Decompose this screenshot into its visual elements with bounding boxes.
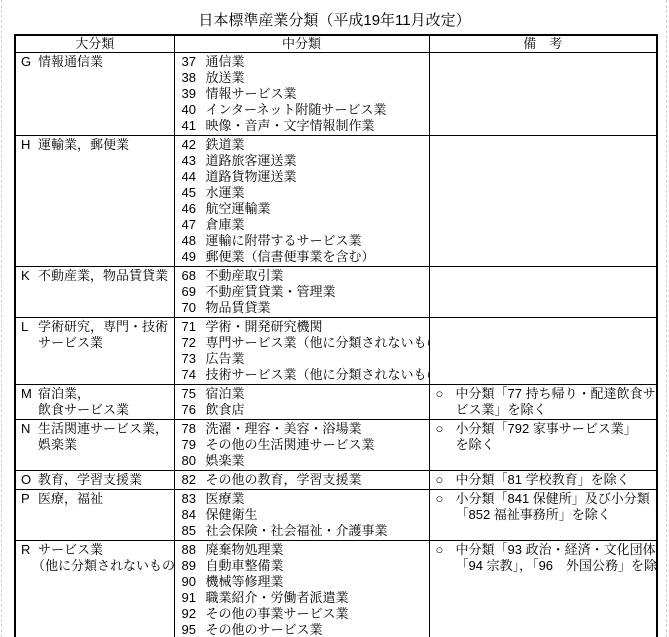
- middle-item-name: 郵便業（信書便事業を含む）: [206, 249, 429, 265]
- middle-item-code: 48: [182, 233, 206, 249]
- middle-item-code: 80: [182, 453, 206, 469]
- major-name-line: 情報通信業: [38, 54, 174, 70]
- middle-item: 95その他のサービス業: [182, 622, 429, 637]
- middle-classification-cell: 78洗濯・理容・美容・浴場業79その他の生活関連サービス業80娯楽業: [174, 420, 429, 471]
- major-code: H: [21, 137, 38, 153]
- middle-item: 40インターネット附随サービス業: [182, 102, 429, 118]
- middle-classification-cell: 83医療業84保健衛生85社会保険・社会福祉・介護事業: [174, 490, 429, 541]
- middle-item-name: 専門サービス業（他に分類されないもの）: [206, 335, 430, 351]
- middle-classification-cell: 88廃棄物処理業89自動車整備業90機械等修理業91職業紹介・労働者派遣業92そ…: [174, 541, 429, 637]
- remarks-cell: [429, 136, 657, 267]
- remark-line: を除く: [456, 437, 657, 453]
- middle-item: 83医療業: [182, 491, 429, 507]
- middle-item: 72専門サービス業（他に分類されないもの）: [182, 335, 429, 351]
- middle-item: 43道路旅客運送業: [182, 153, 429, 169]
- middle-item-code: 73: [182, 351, 206, 367]
- middle-classification-cell: 42鉄道業43道路旅客運送業44道路貨物運送業45水運業46航空運輸業47倉庫業…: [174, 136, 429, 267]
- major-classification-cell: H運輸業，郵便業: [15, 136, 174, 267]
- remark-line: 小分類「792 家事サービス業」: [456, 421, 657, 437]
- middle-item-name: 機械等修理業: [206, 574, 429, 590]
- middle-item-code: 46: [182, 201, 206, 217]
- major-name-line: 運輸業，郵便業: [38, 137, 174, 153]
- middle-item-code: 41: [182, 118, 206, 134]
- middle-item-name: 宿泊業: [206, 386, 429, 402]
- page-break-line-right: [666, 0, 667, 637]
- middle-classification-cell: 71学術・開発研究機関72専門サービス業（他に分類されないもの）73広告業74技…: [174, 318, 429, 385]
- middle-classification-cell: 37通信業38放送業39情報サービス業40インターネット附随サービス業41映像・…: [174, 53, 429, 136]
- middle-item-code: 89: [182, 558, 206, 574]
- major-name-line: 学術研究，専門・技術: [38, 319, 174, 335]
- classification-table: 大分類 中分類 備 考 G情報通信業37通信業38放送業39情報サービス業40イ…: [14, 34, 658, 637]
- major-classification-cell: O教育，学習支援業: [15, 471, 174, 490]
- middle-item: 82その他の教育，学習支援業: [182, 472, 429, 488]
- middle-item: 76飲食店: [182, 402, 429, 418]
- middle-item-name: その他の生活関連サービス業: [206, 437, 429, 453]
- major-classification-cell: K不動産業，物品賃貸業: [15, 267, 174, 318]
- middle-classification-cell: 82その他の教育，学習支援業: [174, 471, 429, 490]
- middle-item-code: 71: [182, 319, 206, 335]
- remarks-cell: [429, 53, 657, 136]
- header-remarks: 備 考: [429, 35, 657, 53]
- middle-item-code: 37: [182, 54, 206, 70]
- middle-item: 37通信業: [182, 54, 429, 70]
- middle-item: 70物品賃貸業: [182, 300, 429, 316]
- middle-item-name: 鉄道業: [206, 137, 429, 153]
- section-row-G: G情報通信業37通信業38放送業39情報サービス業40インターネット附随サービス…: [15, 53, 657, 136]
- middle-item-code: 39: [182, 86, 206, 102]
- section-row-L: L学術研究，専門・技術サービス業71学術・開発研究機関72専門サービス業（他に分…: [15, 318, 657, 385]
- major-classification-cell: M宿泊業，飲食サービス業: [15, 385, 174, 420]
- middle-item-name: 航空運輸業: [206, 201, 429, 217]
- remarks-cell: ○中分類「81 学校教育」を除く: [429, 471, 657, 490]
- middle-item-code: 70: [182, 300, 206, 316]
- middle-item-name: 学術・開発研究機関: [206, 319, 429, 335]
- middle-item: 44道路貨物運送業: [182, 169, 429, 185]
- middle-item-code: 76: [182, 402, 206, 418]
- remarks-cell: ○小分類「841 保健所」及び小分類「852 福祉事務所」を除く: [429, 490, 657, 541]
- major-code: G: [21, 54, 38, 70]
- middle-classification-cell: 68不動産取引業69不動産賃貸業・管理業70物品賃貸業: [174, 267, 429, 318]
- middle-item-name: 職業紹介・労働者派遣業: [206, 590, 429, 606]
- middle-item-code: 83: [182, 491, 206, 507]
- remark-line: ビス業」を除く: [456, 402, 657, 418]
- middle-item: 90機械等修理業: [182, 574, 429, 590]
- middle-item-code: 43: [182, 153, 206, 169]
- middle-item-code: 88: [182, 542, 206, 558]
- middle-item-name: 洗濯・理容・美容・浴場業: [206, 421, 429, 437]
- middle-item-code: 92: [182, 606, 206, 622]
- middle-item-name: 広告業: [206, 351, 429, 367]
- middle-item-name: 映像・音声・文字情報制作業: [206, 118, 429, 134]
- middle-item: 88廃棄物処理業: [182, 542, 429, 558]
- remarks-cell: [429, 318, 657, 385]
- section-row-N: N生活関連サービス業，娯楽業78洗濯・理容・美容・浴場業79その他の生活関連サー…: [15, 420, 657, 471]
- section-row-O: O教育，学習支援業82その他の教育，学習支援業○中分類「81 学校教育」を除く: [15, 471, 657, 490]
- major-code: P: [21, 491, 38, 507]
- header-major-classification: 大分類: [15, 35, 174, 53]
- middle-item-name: 飲食店: [206, 402, 429, 418]
- circle-marker: ○: [436, 421, 456, 437]
- circle-marker: ○: [436, 386, 456, 402]
- section-row-R: Rサービス業（他に分類されないもの）88廃棄物処理業89自動車整備業90機械等修…: [15, 541, 657, 637]
- middle-item: 49郵便業（信書便事業を含む）: [182, 249, 429, 265]
- middle-item-name: 廃棄物処理業: [206, 542, 429, 558]
- major-classification-cell: L学術研究，専門・技術サービス業: [15, 318, 174, 385]
- middle-item: 39情報サービス業: [182, 86, 429, 102]
- middle-item-code: 95: [182, 622, 206, 637]
- middle-item: 75宿泊業: [182, 386, 429, 402]
- remark-line: 中分類「81 学校教育」を除く: [456, 472, 657, 488]
- middle-item: 91職業紹介・労働者派遣業: [182, 590, 429, 606]
- middle-item-code: 90: [182, 574, 206, 590]
- middle-item-code: 47: [182, 217, 206, 233]
- major-name-line: （他に分類されないもの）: [32, 558, 174, 574]
- header-middle-classification: 中分類: [174, 35, 429, 53]
- middle-item-name: 自動車整備業: [206, 558, 429, 574]
- section-row-M: M宿泊業，飲食サービス業75宿泊業76飲食店○中分類「77 持ち帰り・配達飲食サ…: [15, 385, 657, 420]
- middle-item-name: 水運業: [206, 185, 429, 201]
- middle-item-name: 倉庫業: [206, 217, 429, 233]
- major-code: L: [21, 319, 38, 335]
- header-row: 大分類 中分類 備 考: [15, 35, 657, 53]
- middle-item: 92その他の事業サービス業: [182, 606, 429, 622]
- remarks-cell: ○小分類「792 家事サービス業」を除く: [429, 420, 657, 471]
- middle-item-code: 49: [182, 249, 206, 265]
- middle-item-name: 道路貨物運送業: [206, 169, 429, 185]
- middle-item-name: 技術サービス業（他に分類されないもの）: [206, 367, 430, 383]
- remarks-cell: [429, 267, 657, 318]
- middle-item-code: 79: [182, 437, 206, 453]
- middle-item-code: 68: [182, 268, 206, 284]
- section-row-H: H運輸業，郵便業42鉄道業43道路旅客運送業44道路貨物運送業45水運業46航空…: [15, 136, 657, 267]
- middle-item: 89自動車整備業: [182, 558, 429, 574]
- middle-item: 45水運業: [182, 185, 429, 201]
- major-name-line: 飲食サービス業: [38, 402, 174, 418]
- middle-item-name: 運輸に附帯するサービス業: [206, 233, 429, 249]
- major-name-line: サービス業: [38, 542, 174, 558]
- remark-line: 小分類「841 保健所」及び小分類: [456, 491, 657, 507]
- major-code: M: [21, 386, 38, 402]
- major-classification-cell: P医療，福祉: [15, 490, 174, 541]
- major-classification-cell: N生活関連サービス業，娯楽業: [15, 420, 174, 471]
- page-title: 日本標準産業分類（平成19年11月改定）: [0, 12, 669, 34]
- middle-item: 80娯楽業: [182, 453, 429, 469]
- middle-item: 85社会保険・社会福祉・介護事業: [182, 523, 429, 539]
- circle-marker: ○: [436, 542, 456, 558]
- middle-item-code: 40: [182, 102, 206, 118]
- middle-item-name: その他のサービス業: [206, 622, 429, 637]
- circle-marker: ○: [436, 491, 456, 507]
- middle-item-code: 85: [182, 523, 206, 539]
- remarks-cell: ○中分類「77 持ち帰り・配達飲食サービス業」を除く: [429, 385, 657, 420]
- middle-item-code: 45: [182, 185, 206, 201]
- major-classification-cell: G情報通信業: [15, 53, 174, 136]
- middle-item: 79その他の生活関連サービス業: [182, 437, 429, 453]
- major-name-line: 宿泊業，: [38, 386, 174, 402]
- middle-item-name: 通信業: [206, 54, 429, 70]
- circle-marker: ○: [436, 472, 456, 488]
- remark-line: 中分類「77 持ち帰り・配達飲食サー: [456, 386, 657, 402]
- middle-item-code: 75: [182, 386, 206, 402]
- middle-item-code: 82: [182, 472, 206, 488]
- middle-item-name: 不動産賃貸業・管理業: [206, 284, 429, 300]
- document-page: { "title": "日本標準産業分類（平成19年11月改定）", "tabl…: [0, 0, 669, 637]
- remark-line: 中分類「93 政治・経済・文化団体」，: [456, 542, 657, 558]
- middle-item-name: 放送業: [206, 70, 429, 86]
- middle-item-name: その他の教育，学習支援業: [206, 472, 429, 488]
- middle-item: 41映像・音声・文字情報制作業: [182, 118, 429, 134]
- major-code: K: [21, 268, 38, 284]
- middle-item-name: インターネット附随サービス業: [206, 102, 429, 118]
- middle-item: 84保健衛生: [182, 507, 429, 523]
- major-name-line: 教育，学習支援業: [38, 472, 174, 488]
- page-break-line-left: [1, 0, 2, 637]
- remark-line: 「852 福祉事務所」を除く: [456, 507, 657, 523]
- middle-item: 42鉄道業: [182, 137, 429, 153]
- middle-item: 46航空運輸業: [182, 201, 429, 217]
- middle-item: 48運輸に附帯するサービス業: [182, 233, 429, 249]
- middle-item: 78洗濯・理容・美容・浴場業: [182, 421, 429, 437]
- middle-item-name: 保健衛生: [206, 507, 429, 523]
- remark-line: 「94 宗教」，「96 外国公務」を除く: [456, 558, 657, 574]
- middle-item-name: 娯楽業: [206, 453, 429, 469]
- middle-item-code: 38: [182, 70, 206, 86]
- major-name-line: 娯楽業: [38, 437, 174, 453]
- middle-item-name: 社会保険・社会福祉・介護事業: [206, 523, 429, 539]
- major-classification-cell: Rサービス業（他に分類されないもの）: [15, 541, 174, 637]
- middle-item-code: 84: [182, 507, 206, 523]
- remarks-cell: ○中分類「93 政治・経済・文化団体」，「94 宗教」，「96 外国公務」を除く: [429, 541, 657, 637]
- major-name-line: サービス業: [38, 335, 174, 351]
- section-row-K: K不動産業，物品賃貸業68不動産取引業69不動産賃貸業・管理業70物品賃貸業: [15, 267, 657, 318]
- middle-classification-cell: 75宿泊業76飲食店: [174, 385, 429, 420]
- middle-item: 74技術サービス業（他に分類されないもの）: [182, 367, 429, 383]
- middle-item-code: 42: [182, 137, 206, 153]
- middle-item: 38放送業: [182, 70, 429, 86]
- middle-item: 47倉庫業: [182, 217, 429, 233]
- middle-item: 69不動産賃貸業・管理業: [182, 284, 429, 300]
- middle-item-name: 医療業: [206, 491, 429, 507]
- major-code: O: [21, 472, 38, 488]
- major-code: N: [21, 421, 38, 437]
- middle-item-code: 91: [182, 590, 206, 606]
- major-name-line: 不動産業，物品賃貸業: [38, 268, 174, 284]
- major-name-line: 生活関連サービス業，: [38, 421, 174, 437]
- major-code: R: [21, 542, 38, 558]
- middle-item-code: 78: [182, 421, 206, 437]
- middle-item-name: 情報サービス業: [206, 86, 429, 102]
- middle-item: 73広告業: [182, 351, 429, 367]
- middle-item-code: 74: [182, 367, 206, 383]
- middle-item-name: 物品賃貸業: [206, 300, 429, 316]
- major-name-line: 医療，福祉: [38, 491, 174, 507]
- middle-item: 71学術・開発研究機関: [182, 319, 429, 335]
- middle-item: 68不動産取引業: [182, 268, 429, 284]
- middle-item-name: 道路旅客運送業: [206, 153, 429, 169]
- middle-item-code: 69: [182, 284, 206, 300]
- middle-item-name: その他の事業サービス業: [206, 606, 429, 622]
- middle-item-code: 44: [182, 169, 206, 185]
- middle-item-name: 不動産取引業: [206, 268, 429, 284]
- section-row-P: P医療，福祉83医療業84保健衛生85社会保険・社会福祉・介護事業○小分類「84…: [15, 490, 657, 541]
- middle-item-code: 72: [182, 335, 206, 351]
